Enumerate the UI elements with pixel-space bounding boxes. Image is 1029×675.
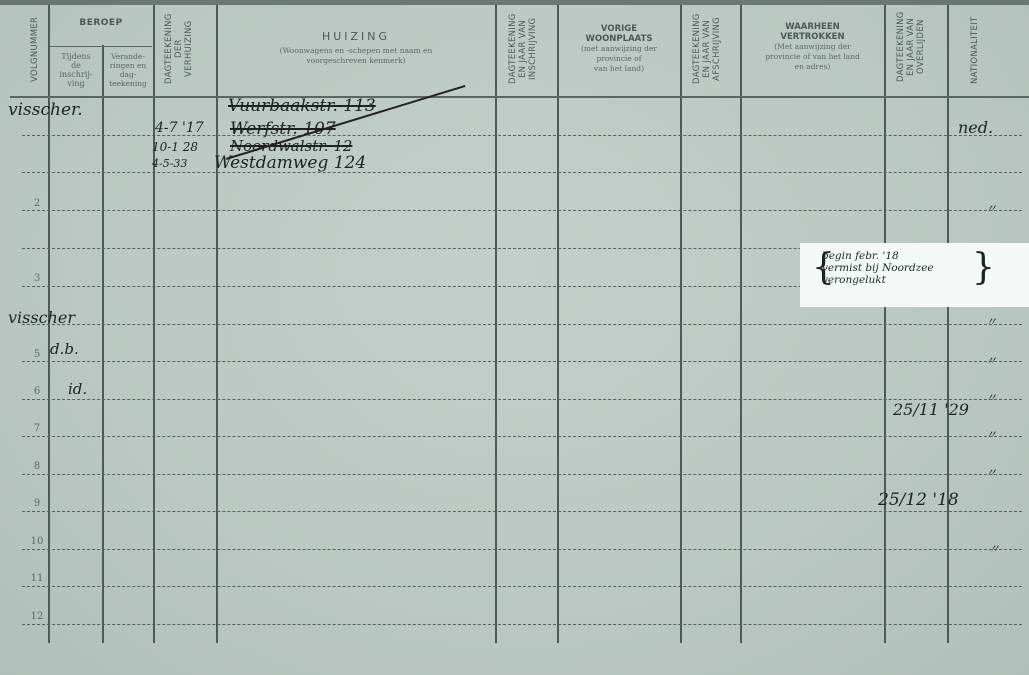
- address-text: Vuurbaakstr. 113: [228, 96, 376, 116]
- header-beroep-tijdens: Tijdens de inschrij- ving: [50, 52, 102, 88]
- nationaliteit-row-1: ned.: [958, 118, 993, 137]
- row-line: [22, 511, 1022, 512]
- row-line: [22, 549, 1022, 550]
- row-number: 2: [28, 198, 46, 209]
- row-line: [22, 210, 1022, 211]
- header-dag-inschrijving: DAGTEEKENING EN JAAR VAN INSCHRIJVING: [508, 6, 538, 92]
- header-waarheen-vertrokken: WAARHEEN VERTROKKEN (Met aanwijzing der …: [741, 22, 884, 72]
- nationaliteit-ditto: 〃: [985, 426, 997, 443]
- bracket-right: }: [972, 247, 995, 288]
- huizing-date-2: 4-7 '17: [155, 120, 204, 136]
- header-vorige-woonplaats: VORIGE WOONPLAATS (met aanwijzing der pr…: [558, 24, 680, 74]
- header-waarheen-sub: (Met aanwijzing der provincie of van het…: [741, 42, 884, 72]
- row-line: [22, 624, 1022, 625]
- header-vorige-title: VORIGE WOONPLAATS: [558, 24, 680, 44]
- waarheen-entry-3: begin febr. '18 vermist bij Noordzee ver…: [822, 250, 934, 286]
- nationaliteit-ditto: 〃: [985, 389, 997, 406]
- row-number: 3: [28, 273, 46, 284]
- header-volgnummer: VOLGNUMMER: [30, 8, 40, 90]
- huizing-address-1: Vuurbaakstr. 113: [228, 96, 376, 116]
- row-number: 8: [28, 461, 46, 472]
- nationaliteit-ditto: 〃: [985, 464, 997, 481]
- header-beroep-veranderingen: Verande- ringen en dag- teekening: [103, 52, 153, 88]
- row-number: 12: [28, 611, 46, 622]
- header-waarheen-title: WAARHEEN VERTROKKEN: [741, 22, 884, 42]
- beroep-sub-divider: [50, 46, 152, 47]
- header-dag-overlijden: DAGTEEKENING EN JAAR VAN OVERLIJDEN: [896, 3, 926, 91]
- row-line: [22, 172, 1022, 173]
- huizing-date-4: 4-5-33: [152, 157, 187, 170]
- header-dag-verhuizing: DAGTEEKENING DER VERHUIZING: [164, 6, 194, 92]
- overlijden-entry-8: 25/12 '18: [878, 490, 959, 510]
- header-beroep: BEROEP: [50, 18, 152, 28]
- nationaliteit-ditto: 〃: [985, 313, 997, 330]
- huizing-date-3: 10-1 28: [152, 140, 198, 154]
- header-nationaliteit: NATIONALITEIT: [970, 8, 980, 92]
- header-huizing-title: HUIZING: [217, 30, 495, 43]
- header-huizing-sub: (Woonwagens en -schepen met naam en voor…: [217, 46, 495, 66]
- nationaliteit-ditto: 〃: [988, 540, 1000, 557]
- row-number: 9: [28, 498, 46, 509]
- nationaliteit-ditto: 〃: [985, 200, 997, 217]
- header-bottom-line: [10, 96, 1029, 98]
- beroep-entry-6: id.: [68, 380, 87, 398]
- bracket-left: {: [812, 247, 835, 288]
- beroep-entry-1: visscher.: [8, 100, 83, 120]
- header-huizing: HUIZING (Woonwagens en -schepen met naam…: [217, 30, 495, 66]
- row-line: [22, 399, 1022, 400]
- nationaliteit-ditto: 〃: [985, 352, 997, 369]
- row-line: [22, 361, 1022, 362]
- row-number: 6: [28, 386, 46, 397]
- header-dag-afschrijving: DAGTEEKENING EN JAAR VAN AFSCHRIJVING: [692, 6, 722, 92]
- overlijden-entry-6: 25/11 '29: [893, 400, 969, 419]
- row-line: [22, 324, 1022, 325]
- row-line: [22, 586, 1022, 587]
- beroep-entry-5: d.b.: [50, 340, 79, 358]
- row-number: 10: [28, 536, 46, 547]
- row-line: [22, 436, 1022, 437]
- row-line: [22, 474, 1022, 475]
- header-vorige-sub: (met aanwijzing der provincie of van het…: [558, 44, 680, 74]
- registration-card: VOLGNUMMER BEROEP Tijdens de inschrij- v…: [0, 0, 1029, 675]
- row-number: 11: [28, 573, 46, 584]
- beroep-entry-4: visscher: [8, 308, 75, 327]
- row-number: 5: [28, 349, 46, 360]
- row-number: 7: [28, 423, 46, 434]
